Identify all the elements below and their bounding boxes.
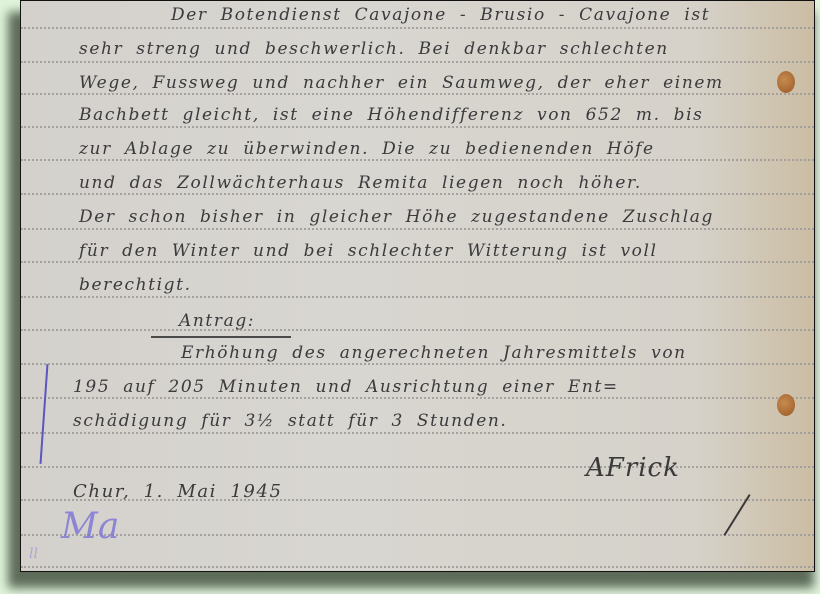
- ruled-line: [21, 193, 814, 195]
- text-line: zur Ablage zu überwinden. Die zu bediene…: [79, 139, 655, 159]
- proposal-line: schädigung für 3½ statt für 3 Stunden.: [73, 411, 507, 431]
- ruled-line: [21, 93, 814, 95]
- ruled-line: [21, 534, 814, 536]
- text-line: für den Winter und bei schlechter Witter…: [79, 241, 658, 261]
- ruled-line: [21, 61, 814, 63]
- heading-underline: [151, 336, 291, 338]
- place-date: Chur, 1. Mai 1945: [73, 481, 283, 502]
- proposal-line: 195 auf 205 Minuten und Ausrichtung eine…: [73, 377, 619, 397]
- text-line: berechtigt.: [79, 275, 192, 295]
- ruled-line: [21, 432, 814, 434]
- ruled-line: [21, 228, 814, 230]
- punch-hole: [777, 394, 795, 416]
- proposal-line: Erhöhung des angerechneten Jahresmittels…: [181, 343, 687, 363]
- ruled-line: [21, 466, 814, 468]
- text-line: Der schon bisher in gleicher Höhe zugest…: [79, 207, 714, 227]
- ruled-line: [21, 329, 814, 331]
- proposal-heading: Antrag:: [179, 311, 255, 331]
- text-line: Bachbett gleicht, ist eine Höhendifferen…: [79, 105, 703, 125]
- ruled-line: [21, 261, 814, 263]
- text-line: und das Zollwächterhaus Remita liegen no…: [79, 173, 642, 193]
- ruled-line: [21, 397, 814, 399]
- ruled-line: [21, 159, 814, 161]
- document-page: Der Botendienst Cavajone - Brusio - Cava…: [20, 0, 815, 572]
- ruled-line: [21, 296, 814, 298]
- margin-pencil-mark: [40, 364, 49, 464]
- ruled-line: [21, 566, 814, 568]
- punch-hole: [777, 71, 795, 93]
- text-line: Wege, Fussweg und nachher ein Saumweg, d…: [79, 73, 724, 93]
- violet-mark: ll: [29, 546, 38, 562]
- ruled-line: [21, 126, 814, 128]
- ruled-line: [21, 363, 814, 365]
- text-line: Der Botendienst Cavajone - Brusio - Cava…: [171, 5, 710, 25]
- ruled-line: [21, 27, 814, 29]
- signature: AFrick: [586, 453, 680, 483]
- violet-initials: Ma: [61, 506, 119, 547]
- text-line: sehr streng und beschwerlich. Bei denkba…: [79, 39, 669, 59]
